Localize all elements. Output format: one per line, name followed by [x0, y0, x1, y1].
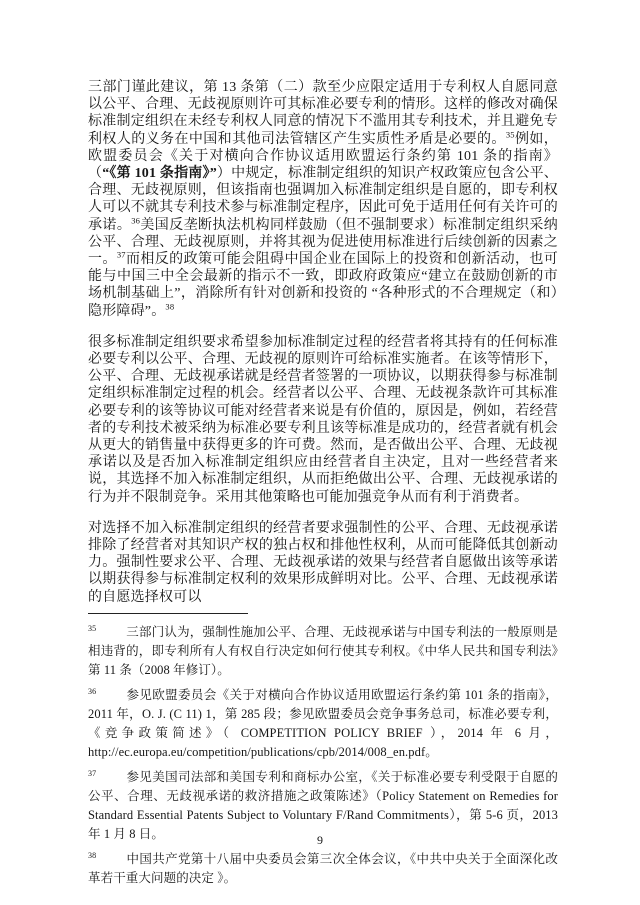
text-segment: “《第 101 条指南》”: [102, 166, 217, 181]
footnote-38: 38中国共产党第十八届中央委员会第三次全体会议，《中共中央关于全面深化改革若干重…: [88, 850, 558, 888]
footnote-marker: 35: [88, 624, 96, 633]
body-paragraph-1: 三部门谨此建议，第 13 条第（二）款至少应限定适用于专利权人自愿同意以公平、合…: [88, 79, 558, 320]
text-segment: 对选择不加入标准制定组织的经营者要求强制性的公平、合理、无歧视承诺排除了经营者对…: [88, 521, 558, 605]
footnote-marker: 38: [88, 851, 96, 860]
footnote-marker: 36: [88, 687, 96, 696]
document-page: 三部门谨此建议，第 13 条第（二）款至少应限定适用于专利权人自愿同意以公平、合…: [0, 0, 640, 905]
footnote-text: 三部门认为，强制性施加公平、合理、无歧视承诺与中国专利法的一般原则是相违背的，即…: [88, 625, 558, 677]
footnote-35: 35三部门认为，强制性施加公平、合理、无歧视承诺与中国专利法的一般原则是相违背的…: [88, 623, 558, 680]
body-paragraph-3: 对选择不加入标准制定组织的经营者要求强制性的公平、合理、无歧视承诺排除了经营者对…: [88, 520, 558, 606]
footnote-text: 参见美国司法部和美国专利和商标办公室，《关于标准必要专利受限于自愿的公平、合理、…: [88, 770, 558, 841]
footnote-marker: 37: [88, 769, 96, 778]
footnote-reference: 35: [506, 129, 515, 139]
text-segment: 而相反的政策可能会阻碍中国企业在国际上的投资和创新活动，也可能与中国三中全会最新…: [88, 252, 558, 319]
text-segment: 很多标准制定组织要求希望参加标准制定过程的经营者将其持有的任何标准必要专利以公平…: [88, 335, 558, 505]
body-paragraph-2: 很多标准制定组织要求希望参加标准制定过程的经营者将其持有的任何标准必要专利以公平…: [88, 334, 558, 506]
footnote-reference: 37: [117, 249, 126, 259]
footnote-36: 36参见欧盟委员会《关于对横向合作协议适用欧盟运行条约第 101 条的指南》，2…: [88, 686, 558, 762]
footnote-text: 参见欧盟委员会《关于对横向合作协议适用欧盟运行条约第 101 条的指南》，201…: [88, 688, 558, 759]
text-segment: 三部门谨此建议，第 13 条第（二）款至少应限定适用于专利权人自愿同意以公平、合…: [88, 80, 558, 147]
footnote-reference: 38: [165, 301, 174, 311]
footnote-separator: [88, 613, 248, 614]
text-block: 三部门谨此建议，第 13 条第（二）款至少应限定适用于专利权人自愿同意以公平、合…: [88, 79, 558, 894]
page-number: 9: [0, 833, 640, 848]
footnote-reference: 36: [131, 215, 140, 225]
footnote-text: 中国共产党第十八届中央委员会第三次全体会议，《中共中央关于全面深化改革若干重大问…: [88, 852, 558, 885]
